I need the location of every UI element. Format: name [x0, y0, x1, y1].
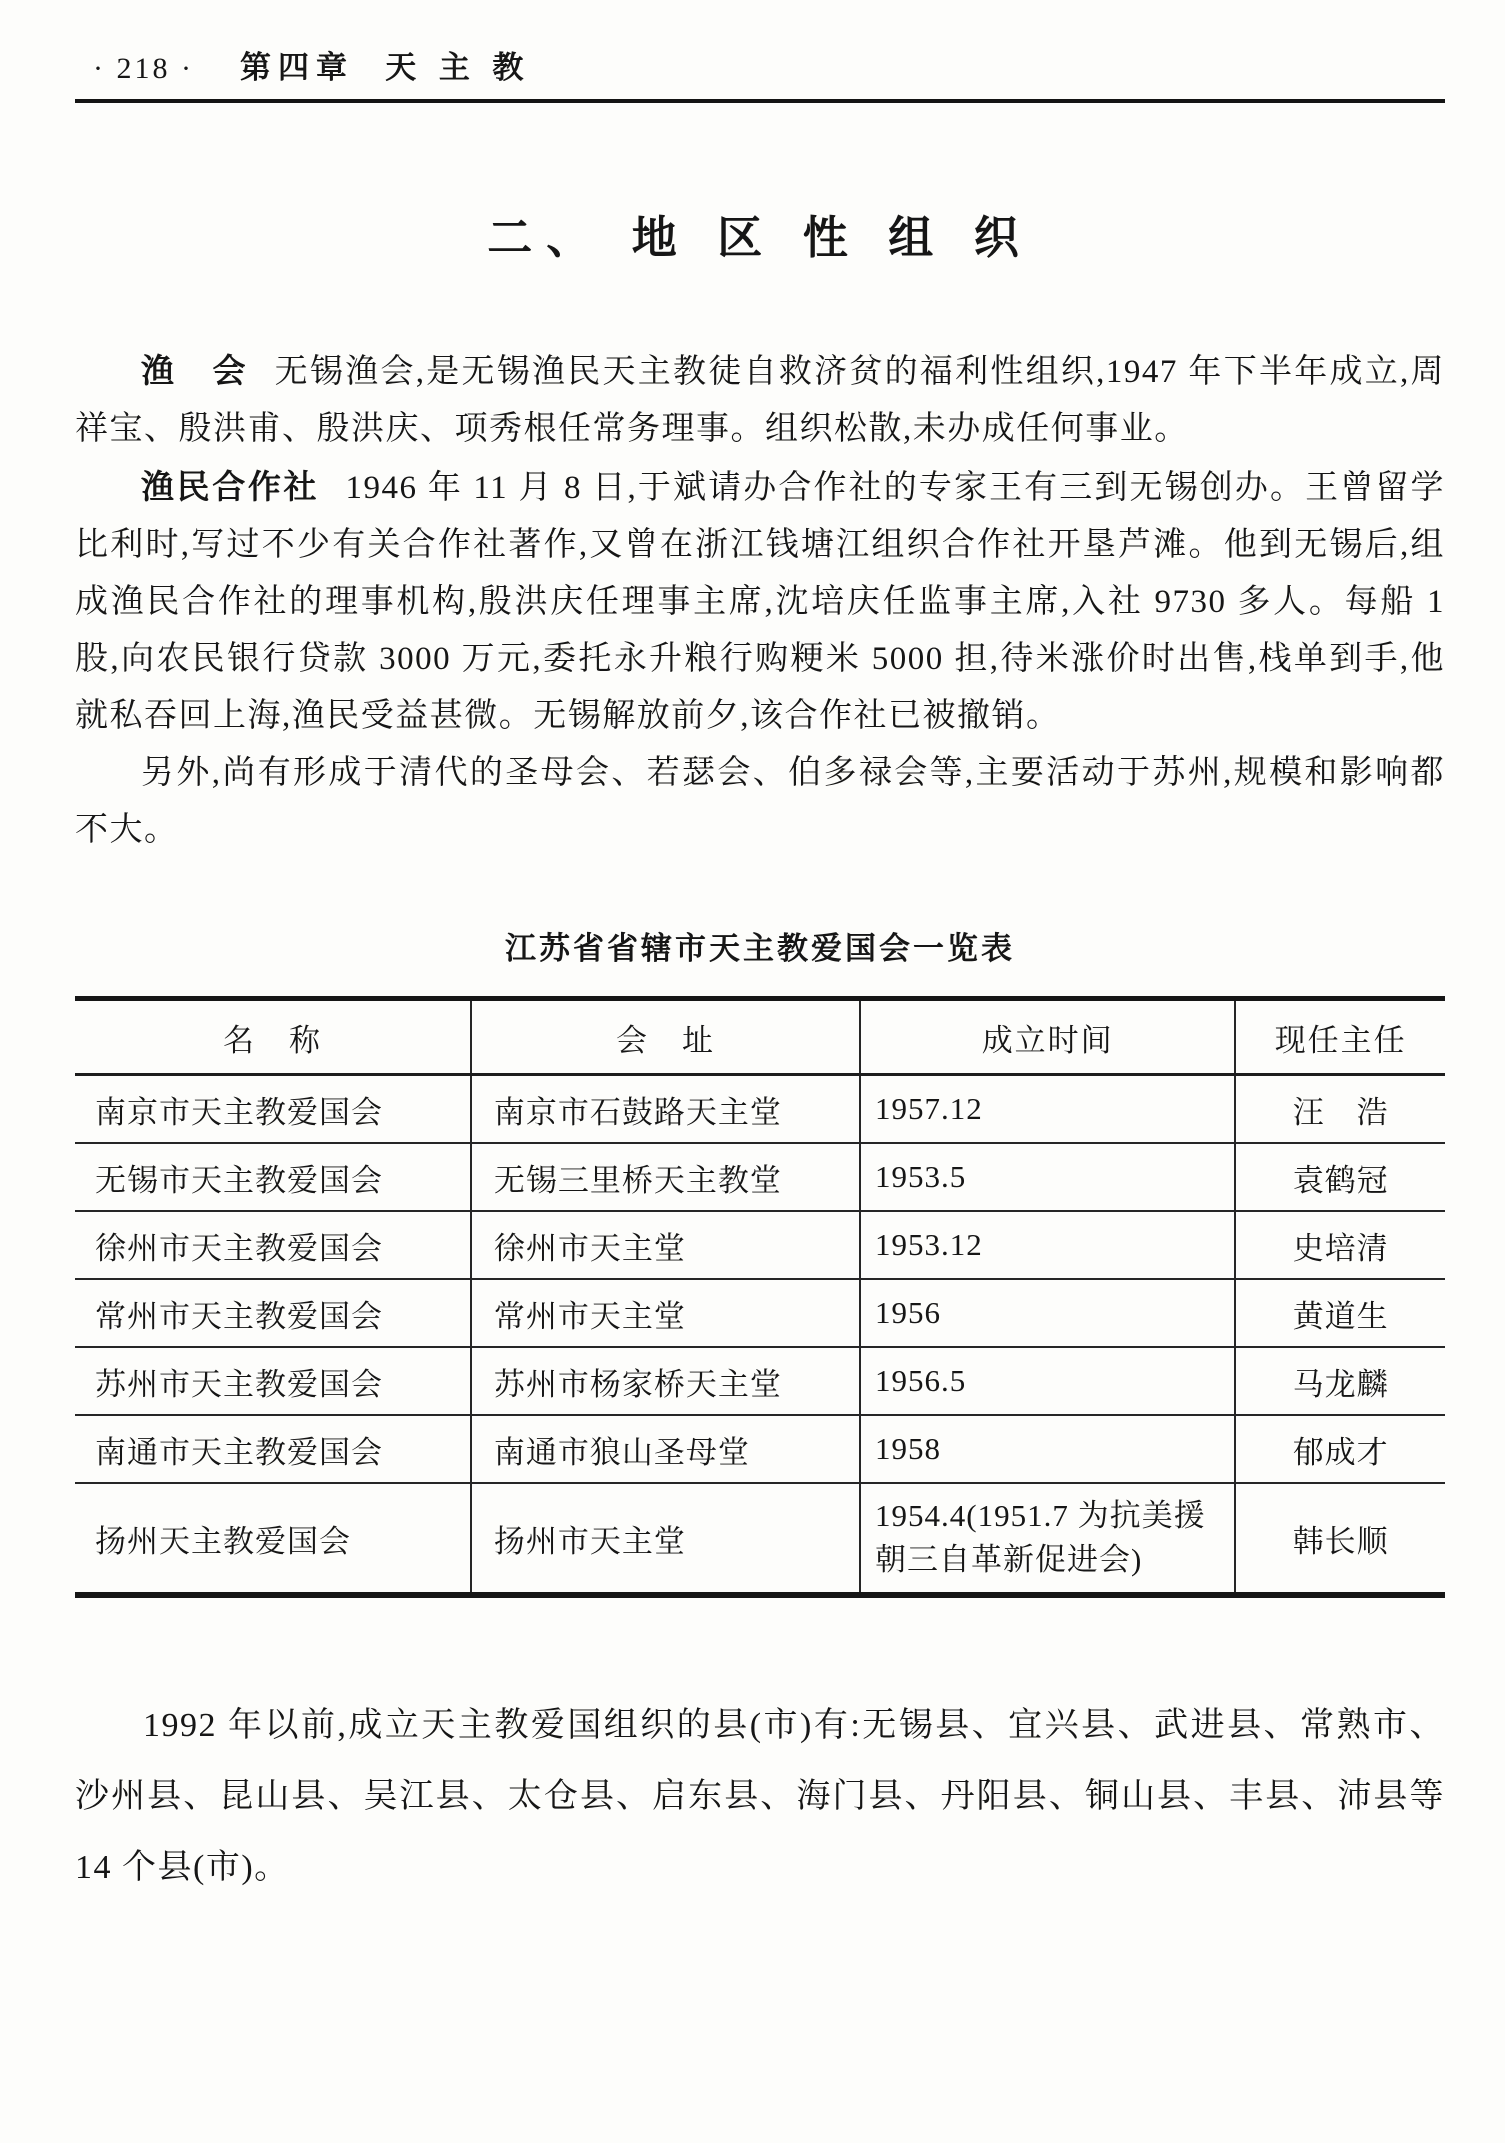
table-row: 徐州市天主教爱国会 徐州市天主堂 1953.12 史培清 [75, 1211, 1445, 1279]
table-header-row: 名 称 会 址 成立时间 现任主任 [75, 999, 1445, 1075]
paragraph-lead: 渔民合作社 [141, 468, 319, 505]
closing-text: 1992 年以前,成立天主教爱国组织的县(市)有:无锡县、宜兴县、武进县、常熟市… [75, 1690, 1445, 1903]
table-cell-chair: 袁鹤冠 [1235, 1143, 1445, 1211]
running-head: · 218 · 第四章 天 主 教 [75, 42, 1445, 87]
table-row: 南通市天主教爱国会 南通市狼山圣母堂 1958 郁成才 [75, 1415, 1445, 1483]
paragraph-fishermen-cooperative: 渔民合作社1946 年 11 月 8 日,于斌请办合作社的专家王有三到无锡创办。… [75, 458, 1445, 745]
table-row: 扬州天主教爱国会 扬州市天主堂 1954.4(1951.7 为抗美援朝三自革新促… [75, 1483, 1445, 1595]
table-cell-chair: 马龙麟 [1235, 1347, 1445, 1415]
table-header: 名 称 会 址 成立时间 现任主任 [75, 999, 1445, 1075]
table-cell-chair: 汪 浩 [1235, 1075, 1445, 1144]
table-title: 江苏省省辖市天主教爱国会一览表 [75, 923, 1445, 968]
table-cell-address: 南通市狼山圣母堂 [471, 1415, 860, 1483]
table-cell-date: 1953.5 [860, 1143, 1235, 1211]
table-cell-name: 南京市天主教爱国会 [75, 1075, 471, 1144]
table-cell-date: 1954.4(1951.7 为抗美援朝三自革新促进会) [860, 1483, 1235, 1595]
table-row: 苏州市天主教爱国会 苏州市杨家桥天主堂 1956.5 马龙麟 [75, 1347, 1445, 1415]
book-page: · 218 · 第四章 天 主 教 二、 地 区 性 组 织 渔 会无锡渔会,是… [0, 0, 1505, 2143]
column-header-founding-date: 成立时间 [860, 999, 1235, 1075]
table-cell-chair: 黄道生 [1235, 1279, 1445, 1347]
table-cell-address: 苏州市杨家桥天主堂 [471, 1347, 860, 1415]
patriotic-association-table: 名 称 会 址 成立时间 现任主任 南京市天主教爱国会 南京市石鼓路天主堂 19… [75, 996, 1445, 1598]
table-cell-chair: 韩长顺 [1235, 1483, 1445, 1595]
table-cell-address: 扬州市天主堂 [471, 1483, 860, 1595]
paragraph-text: 无锡渔会,是无锡渔民天主教徒自救济贫的福利性组织,1947 年下半年成立,周祥宝… [75, 354, 1445, 447]
table-cell-name: 扬州天主教爱国会 [75, 1483, 471, 1595]
page-number: · 218 · [93, 52, 194, 86]
header-rule [75, 99, 1445, 103]
table-cell-date: 1953.12 [860, 1211, 1235, 1279]
table-cell-name: 无锡市天主教爱国会 [75, 1143, 471, 1211]
table-cell-chair: 史培清 [1235, 1211, 1445, 1279]
table-cell-name: 苏州市天主教爱国会 [75, 1347, 471, 1415]
table-cell-address: 南京市石鼓路天主堂 [471, 1075, 860, 1144]
table-cell-date: 1956 [860, 1279, 1235, 1347]
table-cell-address: 无锡三里桥天主教堂 [471, 1143, 860, 1211]
table-body: 南京市天主教爱国会 南京市石鼓路天主堂 1957.12 汪 浩 无锡市天主教爱国… [75, 1075, 1445, 1596]
column-header-current-chair: 现任主任 [1235, 999, 1445, 1075]
chapter-title: 第四章 天 主 教 [240, 42, 530, 87]
table-cell-date: 1957.12 [860, 1075, 1235, 1144]
paragraph-text: 1992 年以前,成立天主教爱国组织的县(市)有:无锡县、宜兴县、武进县、常熟市… [75, 1707, 1445, 1886]
paragraph-text: 1946 年 11 月 8 日,于斌请办合作社的专家王有三到无锡创办。王曾留学比… [75, 470, 1445, 734]
table-cell-name: 常州市天主教爱国会 [75, 1279, 471, 1347]
table-row: 无锡市天主教爱国会 无锡三里桥天主教堂 1953.5 袁鹤冠 [75, 1143, 1445, 1211]
table-cell-date: 1958 [860, 1415, 1235, 1483]
table-cell-date: 1956.5 [860, 1347, 1235, 1415]
section-title: 二、 地 区 性 组 织 [75, 201, 1445, 266]
paragraph-fishing-association: 渔 会无锡渔会,是无锡渔民天主教徒自救济贫的福利性组织,1947 年下半年成立,… [75, 342, 1445, 458]
table-cell-name: 南通市天主教爱国会 [75, 1415, 471, 1483]
body-text: 渔 会无锡渔会,是无锡渔民天主教徒自救济贫的福利性组织,1947 年下半年成立,… [75, 342, 1445, 859]
paragraph-counties: 1992 年以前,成立天主教爱国组织的县(市)有:无锡县、宜兴县、武进县、常熟市… [75, 1690, 1445, 1903]
column-header-address: 会 址 [471, 999, 860, 1075]
paragraph-other-societies: 另外,尚有形成于清代的圣母会、若瑟会、伯多禄会等,主要活动于苏州,规模和影响都不… [75, 745, 1445, 859]
table-cell-chair: 郁成才 [1235, 1415, 1445, 1483]
table-cell-address: 常州市天主堂 [471, 1279, 860, 1347]
table-cell-name: 徐州市天主教爱国会 [75, 1211, 471, 1279]
paragraph-text: 另外,尚有形成于清代的圣母会、若瑟会、伯多禄会等,主要活动于苏州,规模和影响都不… [75, 755, 1445, 848]
table-row: 常州市天主教爱国会 常州市天主堂 1956 黄道生 [75, 1279, 1445, 1347]
column-header-name: 名 称 [75, 999, 471, 1075]
table-cell-address: 徐州市天主堂 [471, 1211, 860, 1279]
paragraph-lead: 渔 会 [141, 352, 248, 389]
table-row: 南京市天主教爱国会 南京市石鼓路天主堂 1957.12 汪 浩 [75, 1075, 1445, 1144]
